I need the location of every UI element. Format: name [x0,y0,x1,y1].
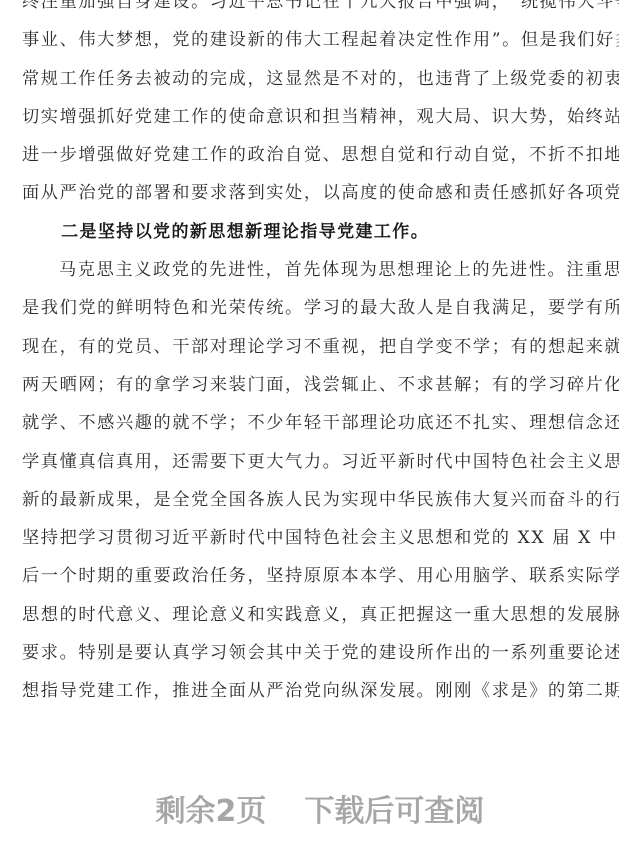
text-line: 新的最新成果，是全党全国各族人民为实现中华民族伟大复兴而奋斗的行动指南，全体党员… [22,481,619,519]
section-heading: 二是坚持以党的新思想新理论指导党建工作。 [22,213,619,251]
text-line: 学真懂真信真用，还需要下更大气力。习近平新时代中国特色社会主义思想，是我们党理论… [22,443,619,481]
text-line: 常规工作任务去被动的完成，这显然是不对的，也违背了上级党委的初衷。在座各位书记，… [22,60,619,98]
text-line: 终注重加强自身建设。习近平总书记在十九大报告中强调，“统揽伟大斗争、伟大工程、伟… [22,0,619,21]
text-line: 是我们党的鲜明特色和光荣传统。学习的最大敌人是自我满足，要学有所成，就必须永不自… [22,289,619,327]
text-line: 想指导党建工作，推进全面从严治党向纵深发展。刚刚《求是》的第二期刊载了习近平总书… [22,672,619,710]
text-line: 后一个时期的重要政治任务，坚持原原本本学、用心用脑学、联系实际学，深刻领悟这一重… [22,557,619,595]
text-line: 切实增强抓好党建工作的使命意识和担当精神，观大局、识大势，始终站在政治高度思考问… [22,98,619,136]
document-page: 终注重加强自身建设。习近平总书记在十九大报告中强调，“统揽伟大斗争、伟大工程、伟… [22,0,619,711]
text-line: 面从严治党的部署和要求落到实处，以高度的使命感和责任感抓好各项党建工作。 [22,174,619,212]
text-line: 两天晒网；有的拿学习来装门面，浅尝辄止、不求甚解；有的学习碎片化、随意化，感兴趣… [22,366,619,404]
download-hint-label[interactable]: 下载后可查阅 [304,794,484,829]
download-prompt-banner[interactable]: 剩余2页下载后可查阅 [0,786,640,830]
text-line: 坚持把学习贯彻习近平新时代中国特色社会主义思想和党的 XX 届 X 中全会精神作… [22,519,619,557]
text-line: 进一步增强做好党建工作的政治自觉、思想自觉和行动自觉，不折不扣地把中央和市委关于… [22,136,619,174]
remaining-pages-label: 剩余2页 [156,794,267,829]
text-line: 要求。特别是要认真学习领会其中关于党的建设所作出的一系列重要论述，切实用这一重要… [22,634,619,672]
text-line: 马克思主义政党的先进性，首先体现为思想理论上的先进性。注重思想建党、理论强党， [22,251,619,289]
text-line: 现在，有的党员、干部对理论学习不重视，把自学变不学；有的想起来就学一学，三天打鱼… [22,328,619,366]
text-line: 事业、伟大梦想，党的建设新的伟大工程起着决定性作用”。但是我们好多同志把它当作一… [22,21,619,59]
text-line: 思想的时代意义、理论意义和实践意义，真正把握这一重大思想的发展脉络、精神实质和实… [22,596,619,634]
text-line: 就学、不感兴趣的就不学；不少年轻干部理论功底还不扎实、理想信念还不够坚定。要做到… [22,404,619,442]
paragraph-theory-study: 马克思主义政党的先进性，首先体现为思想理论上的先进性。注重思想建党、理论强党， … [22,251,619,711]
paragraph-intro-continuation: 终注重加强自身建设。习近平总书记在十九大报告中强调，“统揽伟大斗争、伟大工程、伟… [22,0,619,213]
